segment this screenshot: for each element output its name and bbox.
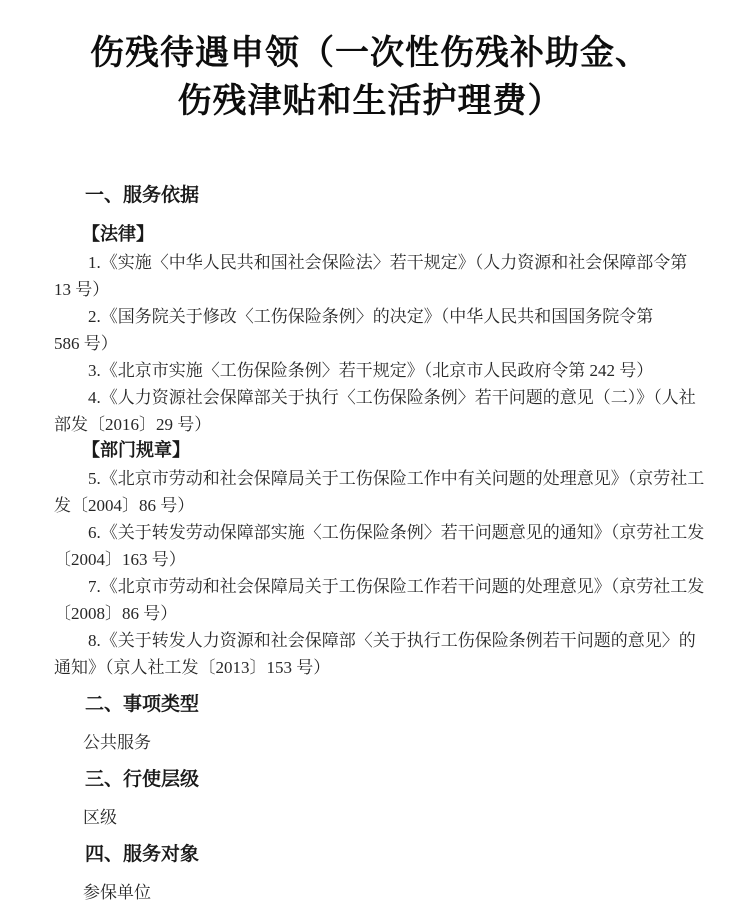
regulation-item-line: 7.《北京市劳动和社会保障局关于工伤保险工作若干问题的处理意见》（京劳社工发 [54, 573, 730, 600]
legal-item-line: 1.《实施〈中华人民共和国社会保险法〉若干规定》（人力资源和社会保障部令第 [54, 249, 730, 276]
document-page: 伤残待遇申领（一次性伤残补助金、 伤残津贴和生活护理费） 一、服务依据 【法律】… [0, 0, 740, 912]
regulation-item-line: 发〔2004〕86 号） [54, 492, 730, 519]
group-laws: 【法律】 1.《实施〈中华人民共和国社会保险法〉若干规定》（人力资源和社会保障部… [54, 222, 730, 438]
group-label-laws: 【法律】 [82, 222, 730, 246]
document-title-line-2: 伤残津贴和生活护理费） [0, 78, 740, 126]
document-title: 伤残待遇申领（一次性伤残补助金、 伤残津贴和生活护理费） [0, 30, 740, 126]
legal-item-line: 3.《北京市实施〈工伤保险条例〉若干规定》（北京市人民政府令第 242 号） [54, 357, 730, 384]
regulation-item: 7.《北京市劳动和社会保障局关于工伤保险工作若干问题的处理意见》（京劳社工发 〔… [54, 573, 730, 627]
section-heading-item-type: 二、事项类型 [85, 693, 730, 717]
legal-item: 4.《人力资源社会保障部关于执行〈工伤保险条例〉若干问题的意见（二）》（人社 部… [54, 384, 730, 438]
legal-item: 3.《北京市实施〈工伤保险条例〉若干规定》（北京市人民政府令第 242 号） [54, 357, 730, 384]
section-value-service-target: 参保单位 [83, 879, 730, 906]
regulation-item: 5.《北京市劳动和社会保障局关于工伤保险工作中有关问题的处理意见》（京劳社工 发… [54, 465, 730, 519]
regulation-item-line: 通知》（京人社工发〔2013〕153 号） [54, 654, 730, 681]
section-value-item-type: 公共服务 [83, 729, 730, 756]
regulation-item-line: 8.《关于转发人力资源和社会保障部〈关于执行工伤保险条例若干问题的意见〉的 [54, 627, 730, 654]
legal-item-line: 2.《国务院关于修改〈工伤保险条例〉的决定》（中华人民共和国国务院令第 [54, 303, 730, 330]
group-department-regulations: 【部门规章】 5.《北京市劳动和社会保障局关于工伤保险工作中有关问题的处理意见》… [54, 438, 730, 681]
regulation-item-line: 〔2008〕86 号） [54, 600, 730, 627]
legal-item: 1.《实施〈中华人民共和国社会保险法〉若干规定》（人力资源和社会保障部令第 13… [54, 249, 730, 303]
regulation-item: 6.《关于转发劳动保障部实施〈工伤保险条例〉若干问题意见的通知》（京劳社工发 〔… [54, 519, 730, 573]
regulation-item-line: 6.《关于转发劳动保障部实施〈工伤保险条例〉若干问题意见的通知》（京劳社工发 [54, 519, 730, 546]
legal-item: 2.《国务院关于修改〈工伤保险条例〉的决定》（中华人民共和国国务院令第 586 … [54, 303, 730, 357]
section-heading-service-basis: 一、服务依据 [85, 184, 730, 208]
legal-item-line: 4.《人力资源社会保障部关于执行〈工伤保险条例〉若干问题的意见（二）》（人社 [54, 384, 730, 411]
legal-item-line: 部发〔2016〕29 号） [54, 411, 730, 438]
section-value-exercise-level: 区级 [83, 804, 730, 831]
legal-item-line: 586 号） [54, 330, 730, 357]
document-title-line-1: 伤残待遇申领（一次性伤残补助金、 [0, 30, 740, 78]
regulation-item-line: 5.《北京市劳动和社会保障局关于工伤保险工作中有关问题的处理意见》（京劳社工 [54, 465, 730, 492]
section-heading-exercise-level: 三、行使层级 [85, 768, 730, 792]
regulation-item: 8.《关于转发人力资源和社会保障部〈关于执行工伤保险条例若干问题的意见〉的 通知… [54, 627, 730, 681]
group-label-department-regulations: 【部门规章】 [82, 438, 730, 462]
legal-item-line: 13 号） [54, 276, 730, 303]
document-body: 一、服务依据 【法律】 1.《实施〈中华人民共和国社会保险法〉若干规定》（人力资… [0, 184, 740, 906]
regulation-item-line: 〔2004〕163 号） [54, 546, 730, 573]
section-heading-service-target: 四、服务对象 [85, 843, 730, 867]
